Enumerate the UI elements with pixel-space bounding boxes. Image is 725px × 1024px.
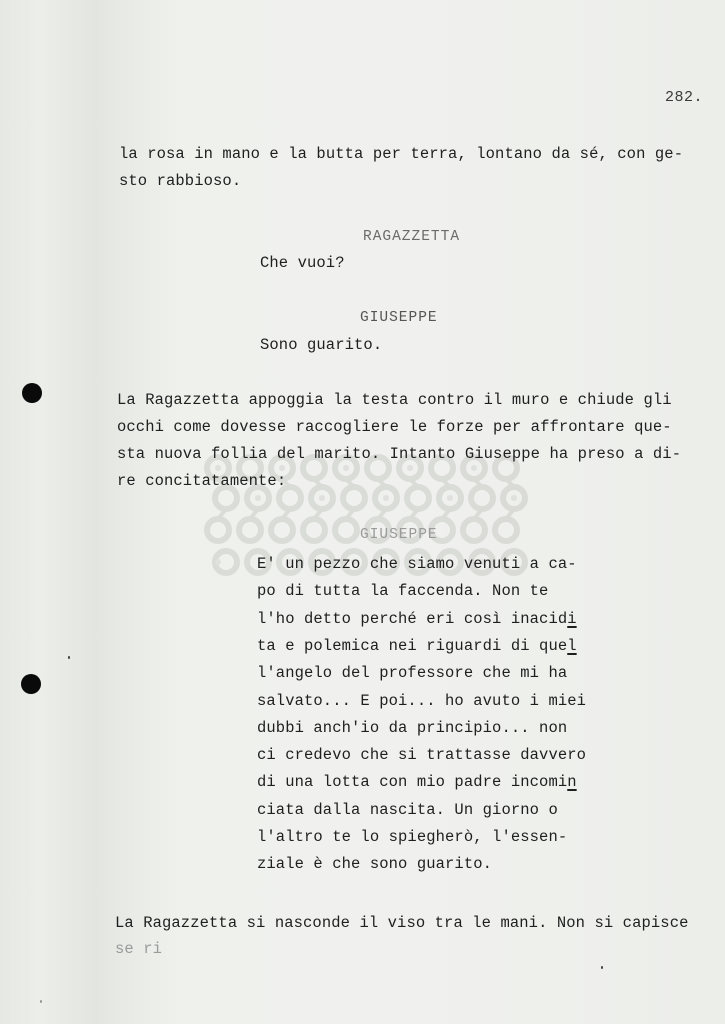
stage-direction-line: se ri [115, 940, 162, 958]
dialogue-line: Sono guarito. [260, 336, 382, 354]
speech-line: dubbi anch'io da principio... non [257, 719, 567, 737]
paper-speck [601, 966, 603, 969]
speech-line: ziale è che sono guarito. [257, 855, 492, 873]
stage-direction-line: sta nuova follia del marito. Intanto Giu… [117, 445, 681, 463]
speech-line: ciata dalla nascita. Un giorno o [257, 801, 558, 819]
speech-line: l'ho detto perché eri così inacidi [257, 610, 577, 628]
speech-line: salvato... E poi... ho avuto i miei [257, 692, 586, 710]
paper-speck [68, 656, 70, 659]
speech-line: E' un pezzo che siamo venuti a ca- [257, 555, 577, 573]
binder-hole-bottom [21, 674, 41, 694]
speech-line: di una lotta con mio padre incomin [257, 773, 577, 791]
paper-speck [40, 1000, 42, 1003]
speech-line: l'angelo del professore che mi ha [257, 664, 567, 682]
speech-line: ta e polemica nei riguardi di quel [257, 637, 577, 655]
page-number: 282. [665, 89, 703, 106]
stage-direction-line: re concitatamente: [117, 472, 286, 490]
speech-line: ci credevo che si trattasse davvero [257, 746, 586, 764]
stage-direction-line: La Ragazzetta si nasconde il viso tra le… [115, 914, 689, 932]
opening-line-2: sto rabbioso. [119, 172, 241, 190]
binder-hole-top [22, 383, 42, 403]
speaker-name-ragazzetta: RAGAZZETTA [363, 229, 460, 245]
speech-line: l'altro te lo spiegherò, l'essen- [257, 828, 567, 846]
stage-direction-line: La Ragazzetta appoggia la testa contro i… [117, 391, 672, 409]
opening-line-1: la rosa in mano e la butta per terra, lo… [119, 145, 683, 163]
dialogue-line: Che vuoi? [260, 254, 345, 272]
speaker-name-giuseppe: GIUSEPPE [360, 527, 438, 543]
speaker-name-giuseppe: GIUSEPPE [360, 310, 438, 326]
speech-line: po di tutta la faccenda. Non te [257, 582, 548, 600]
stage-direction-line: occhi come dovesse raccogliere le forze … [117, 418, 672, 436]
